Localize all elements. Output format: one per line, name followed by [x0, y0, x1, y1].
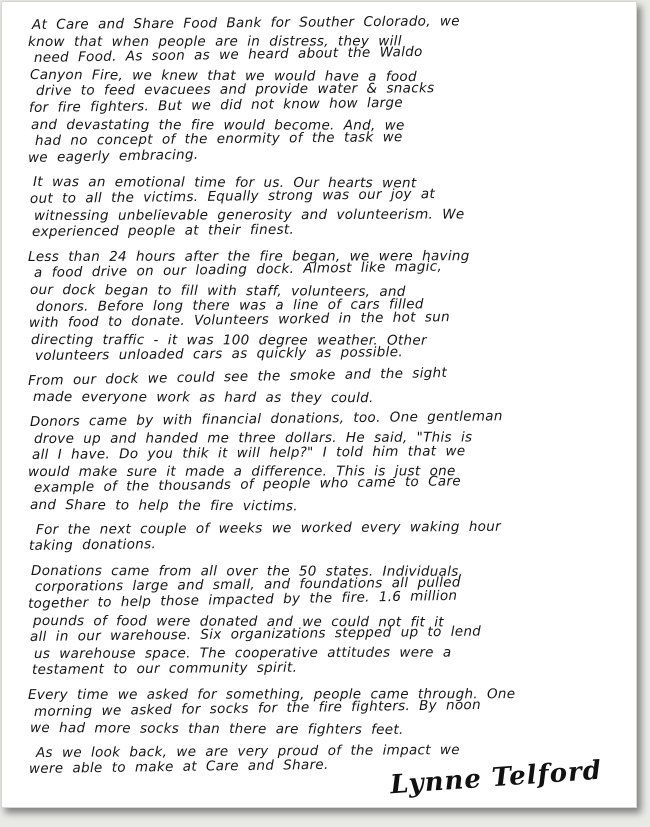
paragraph: It was an emotional time for us. Our hea…	[28, 174, 612, 240]
handwritten-line: made everyone work as hard as they could…	[33, 389, 612, 408]
handwritten-line: we had more socks than there are fighter…	[30, 720, 612, 740]
handwritten-line: and Share to help the fire victims.	[30, 497, 612, 517]
handwritten-line: Donors came by with financial donations,…	[30, 407, 612, 431]
handwritten-line: testament to our community spirit.	[32, 657, 612, 679]
paragraph: Every time we asked for something, peopl…	[28, 687, 612, 737]
paragraph: Less than 24 hours after the fire began,…	[28, 249, 612, 365]
handwritten-line: At Care and Share Food Bank for Souther …	[32, 12, 612, 34]
paragraph: Donors came by with financial donations,…	[28, 414, 612, 514]
handwritten-line: all I have. Do you thik it will help?" I…	[32, 442, 612, 464]
paragraph: Donations came from all over the 50 stat…	[28, 563, 612, 679]
handwritten-line: experienced people at their finest.	[32, 219, 612, 241]
paragraph: From our dock we could see the smoke and…	[28, 373, 612, 406]
paragraph: For the next couple of weeks we worked e…	[28, 522, 612, 555]
letter-body: At Care and Share Food Bank for Souther …	[2, 2, 636, 807]
letter-paper: At Care and Share Food Bank for Souther …	[1, 1, 637, 808]
paragraph: At Care and Share Food Bank for Souther …	[28, 17, 612, 166]
handwritten-line: From our dock we could see the smoke and…	[28, 362, 612, 390]
